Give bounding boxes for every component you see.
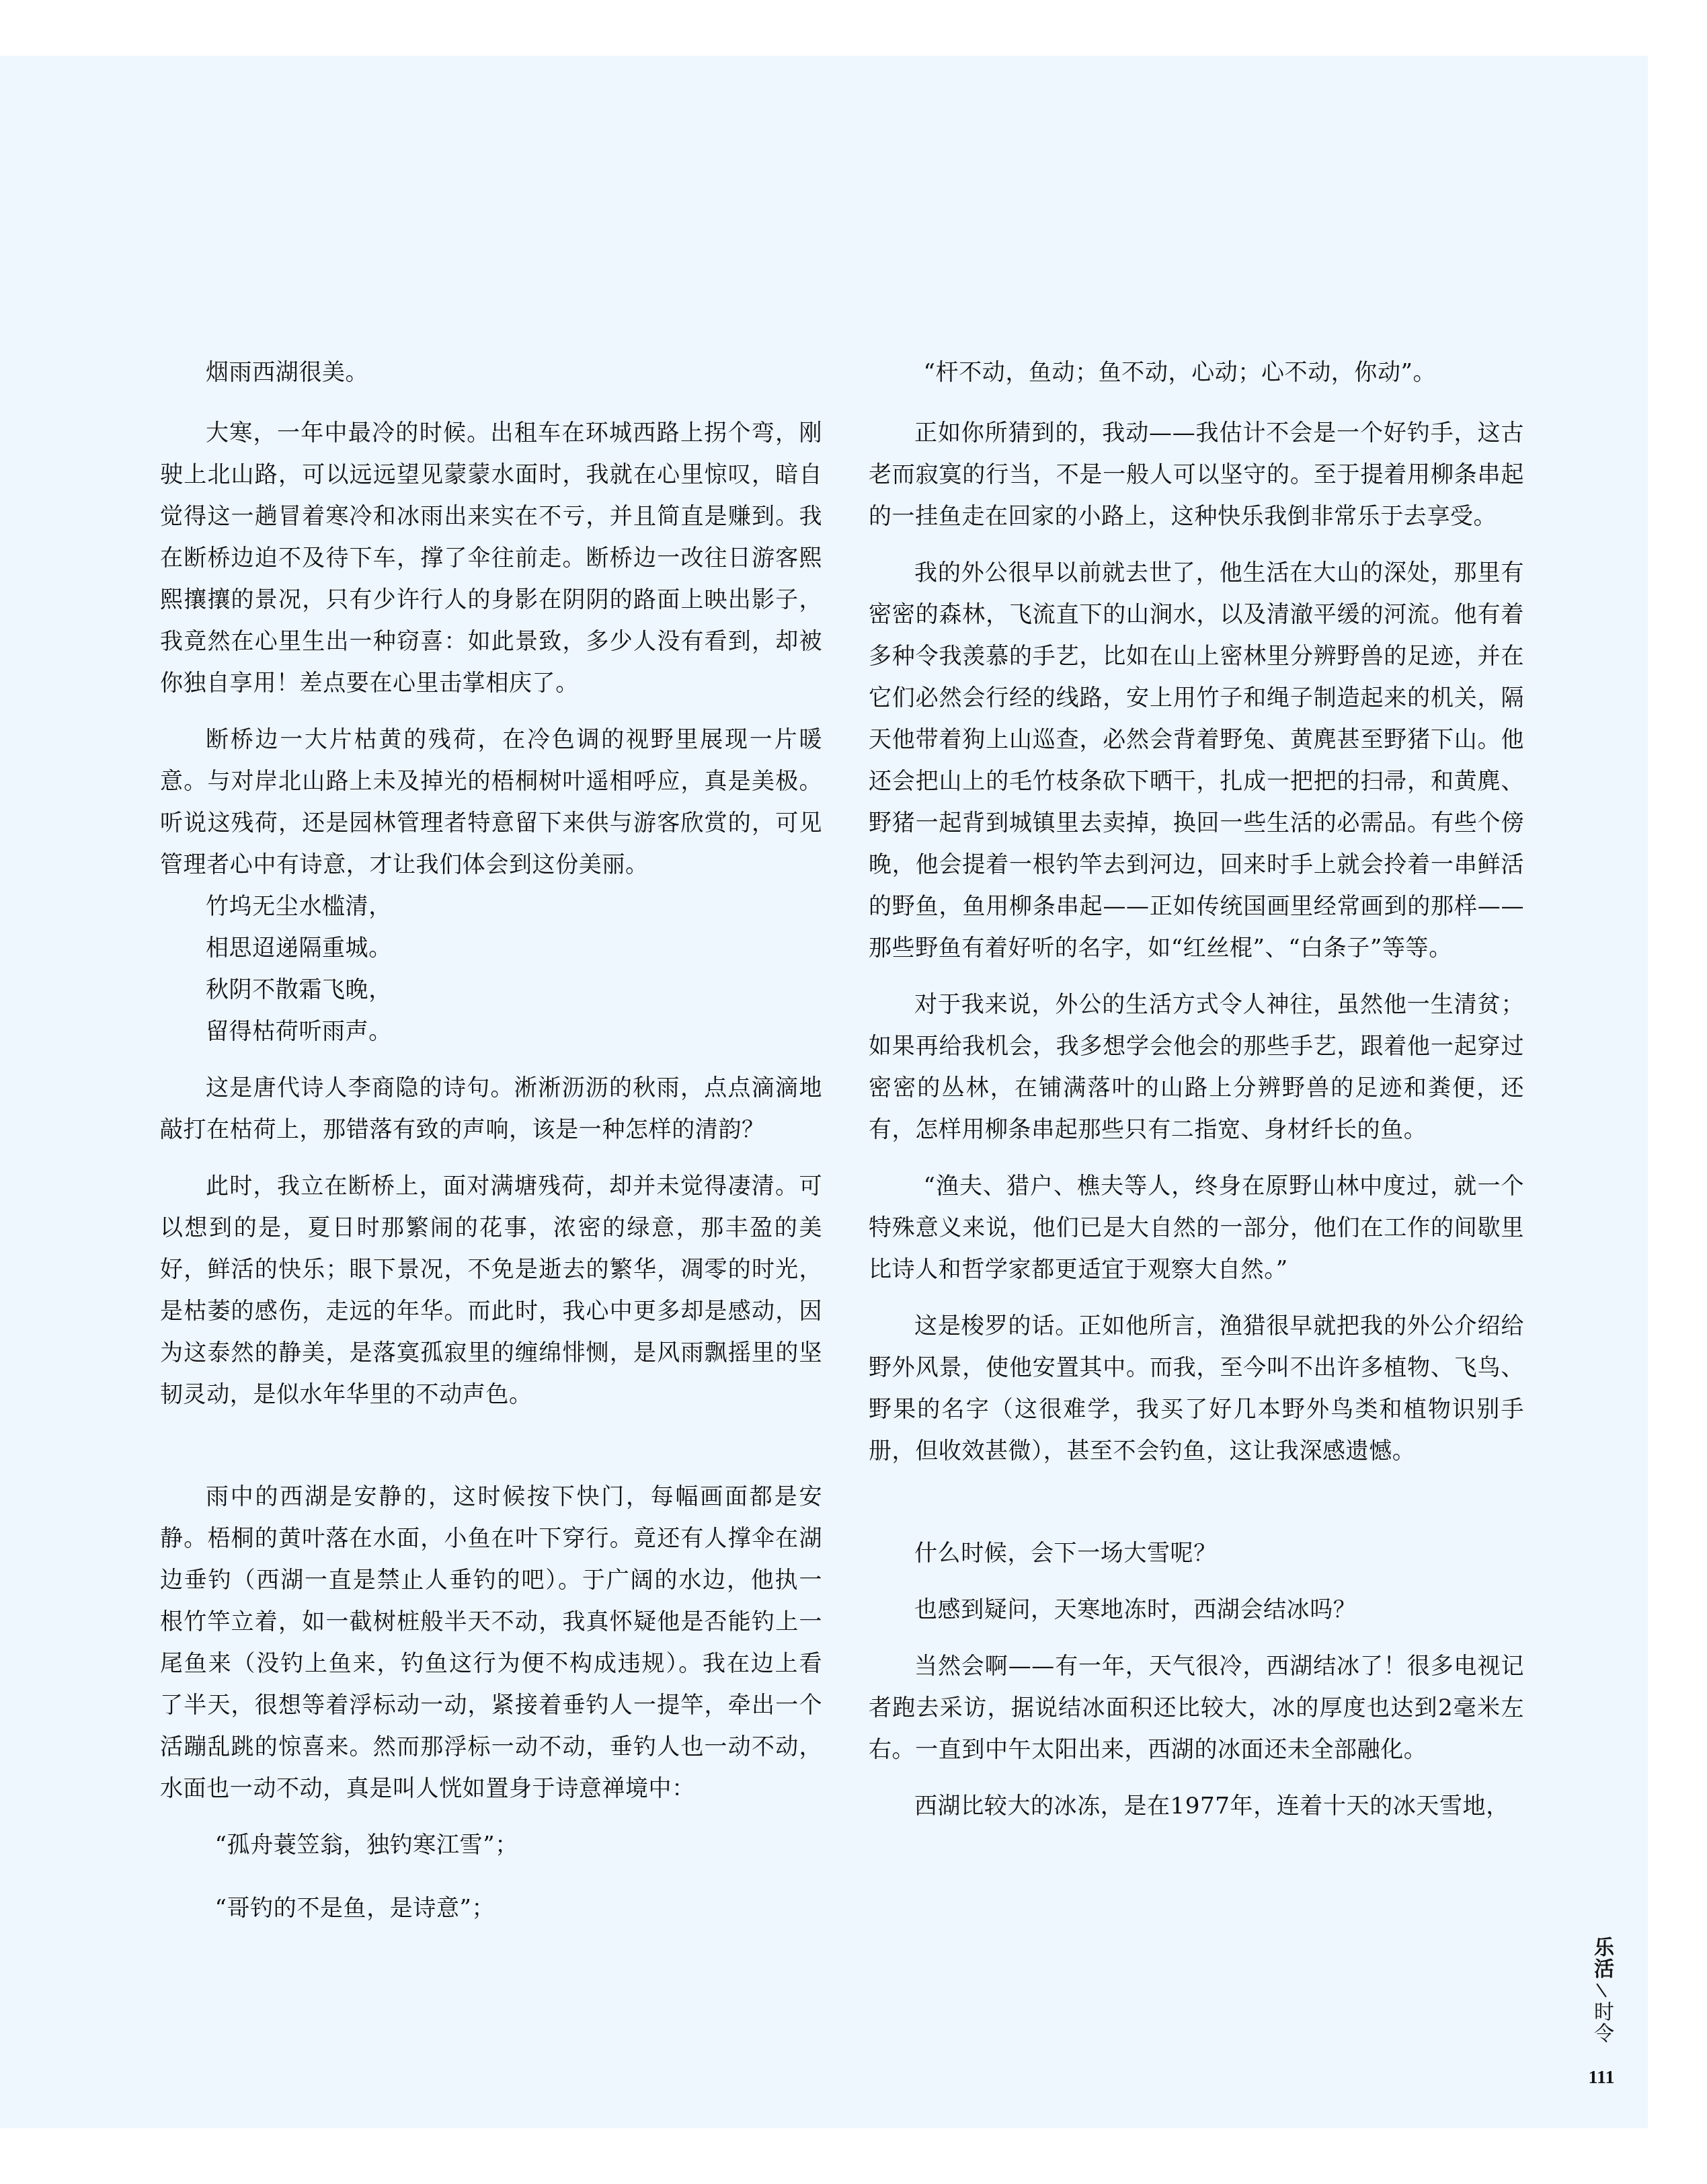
poem-line: 秋阴不散霜飞晚， [160, 969, 822, 1011]
page-number: 111 [1589, 2067, 1615, 2089]
section-label-primary: 乐活 [1590, 1937, 1613, 1980]
paragraph: 对于我来说，外公的生活方式令人神往，虽然他一生清贫；如果再给我机会，我多想学会他… [869, 984, 1524, 1150]
section-gap [160, 1430, 822, 1476]
paragraph: 我的外公很早以前就去世了，他生活在大山的深处，那里有密密的森林，飞流直下的山涧水… [869, 552, 1524, 969]
paragraph: 烟雨西湖很美。 [160, 352, 822, 393]
poem-line: 竹坞无尘水槛清， [160, 886, 822, 927]
quote-line: “孤舟蓑笠翁，独钓寒江雪”； [160, 1824, 822, 1866]
poem-line: 留得枯荷听雨声。 [160, 1011, 822, 1052]
paragraph: 当然会啊——有一年，天气很冷，西湖结冰了！很多电视记者跑去采访，据说结冰面积还比… [869, 1645, 1524, 1770]
paragraph: 也感到疑问，天寒地冻时，西湖会结冰吗？ [869, 1589, 1524, 1631]
paragraph: 断桥边一大片枯黄的残荷，在冷色调的视野里展现一片暖意。与对岸北山路上未及掉光的梧… [160, 719, 822, 886]
paragraph: 西湖比较大的冰冻，是在1977年，连着十天的冰天雪地， [869, 1785, 1524, 1827]
paragraph: 雨中的西湖是安静的，这时候按下快门，每幅画面都是安静。梧桐的黄叶落在水面，小鱼在… [160, 1476, 822, 1809]
left-column: 烟雨西湖很美。 大寒，一年中最冷的时候。出租车在环城西路上拐个弯，刚驶上北山路，… [160, 352, 822, 1951]
paragraph: 什么时候，会下一场大雪呢？ [869, 1532, 1524, 1574]
quote-line: “杆不动，鱼动；鱼不动，心动；心不动，你动”。 [869, 352, 1524, 393]
quote-paragraph: “渔夫、猎户、樵夫等人，终身在原野山林中度过，就一个特殊意义来说，他们已是大自然… [869, 1165, 1524, 1290]
section-marker: 乐活 时令 111 [1581, 1937, 1622, 2089]
slash-divider [1596, 1984, 1606, 1998]
right-column: “杆不动，鱼动；鱼不动，心动；心不动，你动”。 正如你所猜到的，我动——我估计不… [869, 352, 1524, 1842]
section-gap [869, 1487, 1524, 1532]
paragraph: 正如你所猜到的，我动——我估计不会是一个好钓手，这古老而寂寞的行当，不是一般人可… [869, 412, 1524, 537]
paragraph: 大寒，一年中最冷的时候。出租车在环城西路上拐个弯，刚驶上北山路，可以远远望见蒙蒙… [160, 412, 822, 704]
paragraph: 这是梭罗的话。正如他所言，渔猎很早就把我的外公介绍给野外风景，使他安置其中。而我… [869, 1305, 1524, 1472]
section-label-secondary: 时令 [1590, 2001, 1613, 2044]
paragraph: 此时，我立在断桥上，面对满塘残荷，却并未觉得凄清。可以想到的是，夏日时那繁闹的花… [160, 1165, 822, 1415]
poem-line: 相思迢递隔重城。 [160, 927, 822, 969]
quote-line: “哥钓的不是鱼，是诗意”； [160, 1887, 822, 1929]
paragraph: 这是唐代诗人李商隐的诗句。淅淅沥沥的秋雨，点点滴滴地敲打在枯荷上，那错落有致的声… [160, 1067, 822, 1150]
